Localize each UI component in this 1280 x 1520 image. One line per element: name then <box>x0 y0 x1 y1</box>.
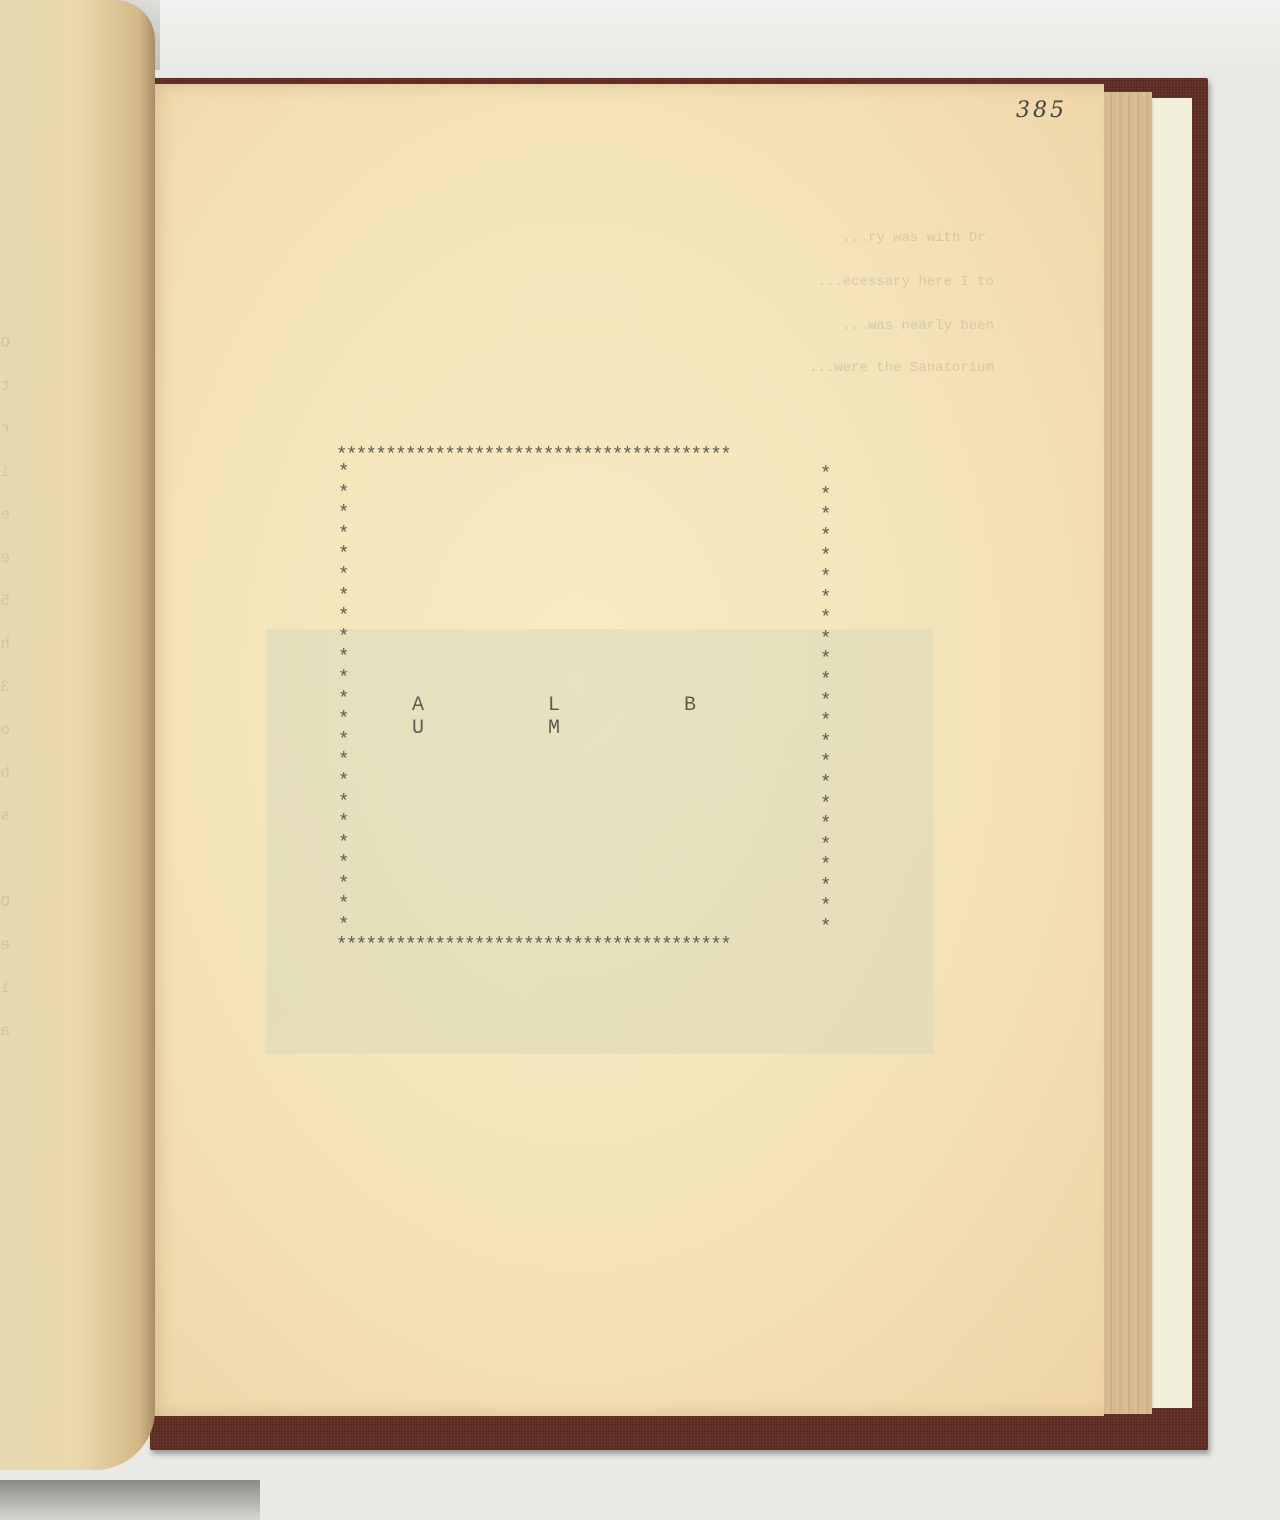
endpaper <box>1150 98 1192 1408</box>
showthrough-line: as it is in <box>0 1022 10 1040</box>
background-surface <box>160 0 1280 80</box>
showthrough-line: the Healin <box>0 377 10 395</box>
showthrough-line: ection for <box>0 506 10 524</box>
showthrough-line: health condit <box>0 635 10 653</box>
showthrough-line: Out of <box>0 334 10 352</box>
album-title: A L B U M <box>412 694 836 740</box>
showthrough-line: On the <box>0 893 10 911</box>
asterisk-frame: ****************************************… <box>336 444 836 949</box>
page-stack-edges <box>1098 92 1152 1414</box>
showthrough-line: e patients i <box>0 549 10 567</box>
page-number: 385 <box>1016 98 1067 123</box>
showthrough-line: ...ry was with Dr. <box>843 230 994 246</box>
border-top: **************************************** <box>336 444 730 466</box>
border-left: * * * * * * * * * * * * * * * * * * * * … <box>338 462 354 936</box>
showthrough-line: but in their <box>0 764 10 782</box>
showthrough-line: it as valuab <box>0 979 10 997</box>
bottom-shadow <box>0 1480 260 1520</box>
showthrough-line: ...were the Sanatorium <box>809 360 994 376</box>
showthrough-line: ost probably <box>0 721 10 739</box>
left-page: AMA Out of the Healin rity of the ilonar… <box>0 0 155 1470</box>
showthrough-line: ...ecessary here I to <box>818 274 994 290</box>
right-page: 385 ...ry was with Dr. ...ecessary here … <box>146 84 1104 1416</box>
showthrough-line: ilonary and <box>0 463 10 481</box>
showthrough-line: stened the <box>0 807 10 825</box>
showthrough-line: e treatment <box>0 936 10 954</box>
showthrough-line: rity of the <box>0 420 10 438</box>
showthrough-line: 3.5%, not b <box>0 678 10 696</box>
showthrough-line: ...was nearly been <box>843 318 994 334</box>
showthrough-line: 50%. 12 sta <box>0 592 10 610</box>
border-bottom: **************************************** <box>336 934 730 956</box>
